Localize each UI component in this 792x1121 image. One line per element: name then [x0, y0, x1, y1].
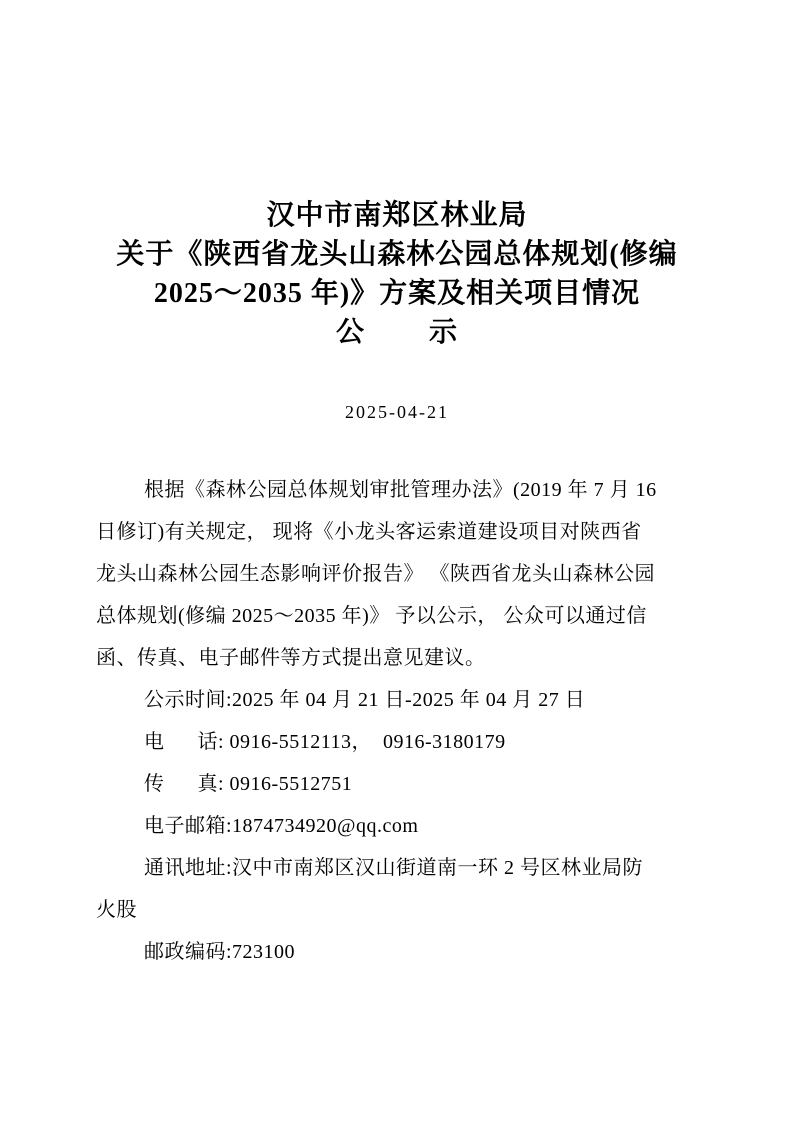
paragraph-line: 根据《森林公园总体规划审批管理办法》(2019 年 7 月 16 [96, 469, 698, 511]
notice-period-line: 公示时间:2025 年 04 月 21 日-2025 年 04 月 27 日 [96, 679, 698, 721]
title-line-1: 汉中市南郑区林业局 [96, 196, 698, 235]
email-line: 电子邮箱:1874734920@qq.com [96, 805, 698, 847]
title-line-2: 关于《陕西省龙头山森林公园总体规划(修编 [96, 235, 698, 274]
publish-date: 2025-04-21 [96, 402, 698, 423]
title-line-3: 2025～2035 年)》方案及相关项目情况 [96, 274, 698, 313]
document-page: 汉中市南郑区林业局 关于《陕西省龙头山森林公园总体规划(修编 2025～2035… [0, 0, 792, 1121]
address-wrap-line: 火股 [96, 889, 698, 931]
address-line: 通讯地址:汉中市南郑区汉山街道南一环 2 号区林业局防 [96, 847, 698, 889]
paragraph-line: 龙头山森林公园生态影响评价报告》 《陕西省龙头山森林公园 [96, 553, 698, 595]
phone-line: 电 话: 0916-5512113， 0916-3180179 [96, 721, 698, 763]
paragraph-line: 函、传真、电子邮件等方式提出意见建议。 [96, 637, 698, 679]
title-line-4: 公 示 [96, 313, 698, 352]
paragraph-line: 总体规划(修编 2025～2035 年)》 予以公示， 公众可以通过信 [96, 595, 698, 637]
document-title: 汉中市南郑区林业局 关于《陕西省龙头山森林公园总体规划(修编 2025～2035… [96, 196, 698, 352]
document-body: 根据《森林公园总体规划审批管理办法》(2019 年 7 月 16 日修订)有关规… [96, 469, 698, 973]
postal-code-line: 邮政编码:723100 [96, 931, 698, 973]
paragraph-line: 日修订)有关规定， 现将《小龙头客运索道建设项目对陕西省 [96, 511, 698, 553]
fax-line: 传 真: 0916-5512751 [96, 763, 698, 805]
